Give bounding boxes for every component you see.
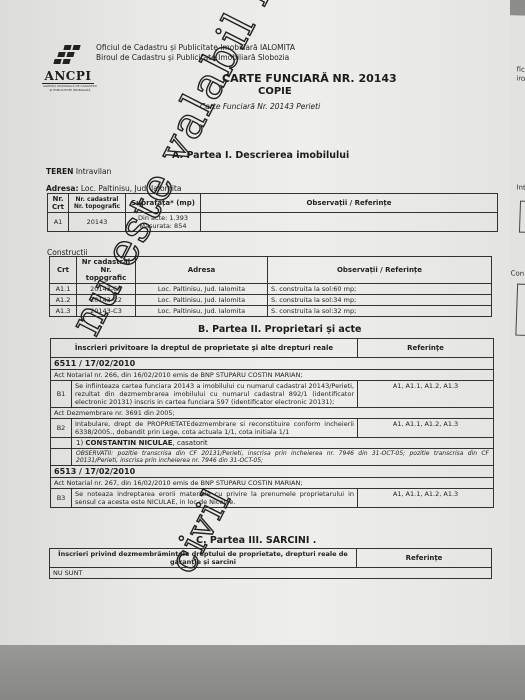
table-row: NU SUNT bbox=[50, 568, 492, 579]
part-a-title: A. Partea I. Descrierea imobilului bbox=[172, 150, 349, 161]
background-surface bbox=[0, 645, 525, 700]
ancpi-logo-icon bbox=[54, 45, 82, 69]
ancpi-logo: ANCPI AGENȚIA NAȚIONALĂ DE CADASTRU ȘI P… bbox=[42, 45, 102, 92]
copy-label: COPIE bbox=[258, 86, 292, 97]
entry-header: 6513 / 17/02/2010 bbox=[51, 466, 494, 478]
act-row: Act Notarial nr. 267, din 16/02/2010 emi… bbox=[51, 478, 494, 489]
owner-row: 1) CONSTANTIN NICULAE, casatorit bbox=[51, 438, 494, 449]
part-c-title: C. Partea III. SARCINI . bbox=[196, 535, 316, 546]
document-subtitle: Carte Funciară Nr. 20143 Perieti bbox=[200, 102, 320, 111]
table-row: A1.1 20143-C1 Loc. Paltinisu, Jud. Ialom… bbox=[50, 284, 492, 295]
constructii-table: Crt Nr cadastral Nr. topografic Adresa O… bbox=[49, 256, 492, 317]
observations-row: OBSERVATII: pozitie transcrisa din CF 20… bbox=[51, 449, 494, 466]
act-row: Act Dezmembrare nr. 3691 din 2005; bbox=[51, 408, 494, 419]
act-row: Act Notarial nr. 266, din 16/02/2010 emi… bbox=[51, 370, 494, 381]
underlying-page-text: Intra bbox=[516, 183, 525, 192]
underlying-page-table bbox=[515, 284, 525, 337]
part-b-title: B. Partea II. Proprietari și acte bbox=[198, 324, 361, 335]
document-title: CARTE FUNCIARĂ NR. 20143 bbox=[222, 72, 397, 85]
underlying-page-office-text: ficiul deiroul de bbox=[516, 65, 525, 84]
office-line-1: Oficiul de Cadastru și Publicitate Imobi… bbox=[96, 43, 295, 53]
table-row: A1.2 20143-C2 Loc. Paltinisu, Jud. Ialom… bbox=[50, 295, 492, 306]
underlying-page-table bbox=[519, 201, 525, 234]
office-line-2: Biroul de Cadastru și Publicitate Imobil… bbox=[96, 53, 295, 63]
office-header: Oficiul de Cadastru și Publicitate Imobi… bbox=[96, 43, 295, 63]
table-row: B3 Se noteaza indreptarea erorii materia… bbox=[51, 489, 494, 508]
sarcini-table: Înscrieri privind dezmembrămintele drept… bbox=[49, 548, 492, 579]
logo-name: ANCPI bbox=[42, 69, 94, 84]
adresa-line: Adresa: Loc. Paltinisu, Jud. Ialomita bbox=[46, 184, 181, 193]
table-row: A1.3 20143-C3 Loc. Paltinisu, Jud. Ialom… bbox=[50, 306, 492, 317]
underlying-page-text: Con bbox=[510, 269, 524, 277]
land-table: Nr. Crt Nr. cadastral Nr. topografic Sup… bbox=[47, 193, 498, 232]
land-registry-document: ANCPI AGENȚIA NAȚIONALĂ DE CADASTRU ȘI P… bbox=[0, 0, 510, 645]
table-row: A1 20143 Din acte: 1.393Masurata: 854 bbox=[48, 213, 498, 232]
table-row: B1 Se infiinteaza cartea funciara 20143 … bbox=[51, 381, 494, 408]
logo-subtitle: AGENȚIA NAȚIONALĂ DE CADASTRU ȘI PUBLICI… bbox=[42, 84, 98, 92]
entry-header: 6511 / 17/02/2010 bbox=[51, 358, 494, 370]
table-row: B2 Intabulare, drept de PROPRIETATEdezme… bbox=[51, 419, 494, 438]
ownership-table: Înscrieri privitoare la dreptul de propr… bbox=[50, 338, 494, 508]
teren-line: TEREN Intravilan bbox=[46, 167, 111, 176]
